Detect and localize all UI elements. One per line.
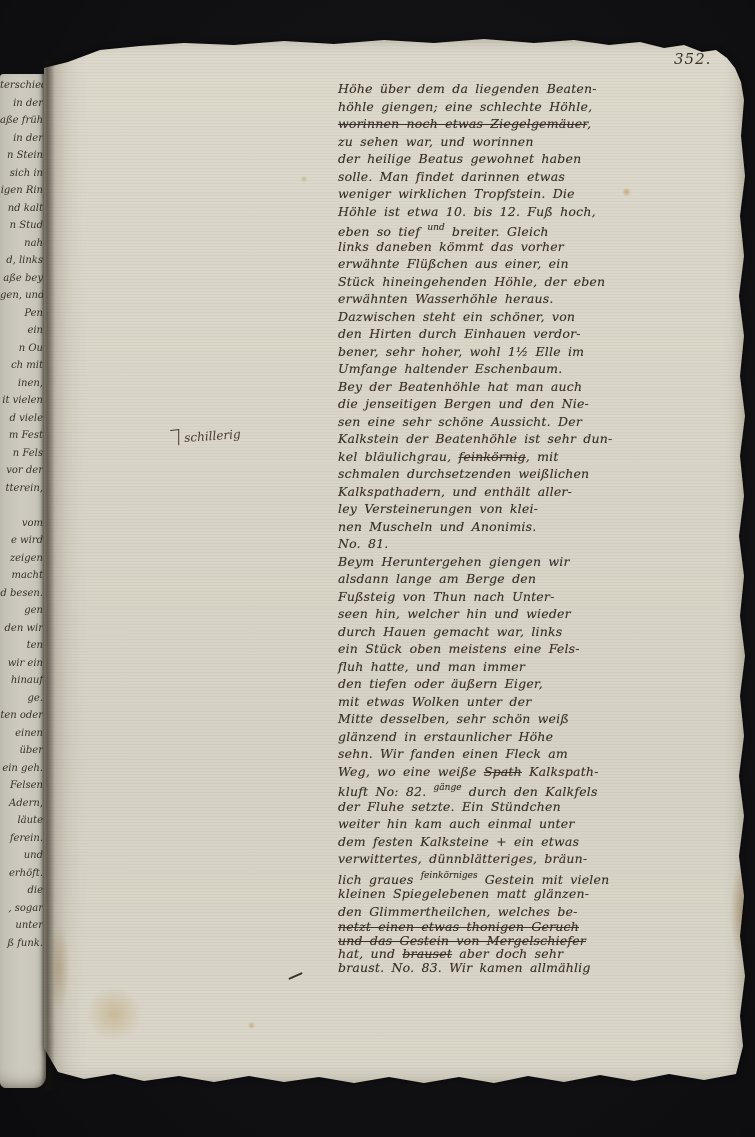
ink-flick bbox=[288, 972, 303, 980]
fragment-line: ten bbox=[0, 637, 43, 655]
fragment-line: in der bbox=[0, 130, 43, 148]
margin-note: schillerig bbox=[170, 418, 341, 446]
fragment-line: d besen. bbox=[0, 585, 43, 603]
manuscript-line: mit etwas Wolken unter der bbox=[338, 693, 746, 711]
manuscript-line: den Hirten durch Einhauen verdor- bbox=[338, 325, 746, 343]
fragment-line: ch mit bbox=[0, 357, 43, 375]
manuscript-line: lich graues feinkörniges Gestein mit vie… bbox=[338, 868, 746, 886]
manuscript-page-wrap: 352. Höhe über dem da liegenden Beaten-h… bbox=[44, 36, 748, 1092]
manuscript-line: Bey der Beatenhöhle hat man auch bbox=[338, 378, 746, 396]
manuscript-line: den Glimmertheilchen, welches be- bbox=[338, 903, 746, 921]
scan-background: { "palette": { "background": "#121214", … bbox=[0, 0, 755, 1137]
previous-page-edge: terschiedin deraße frühin dern Steinsich… bbox=[0, 74, 46, 1088]
manuscript-line: höhle giengen; eine schlechte Höhle, bbox=[338, 98, 746, 116]
fragment-line: den wir bbox=[0, 620, 43, 638]
manuscript-line: zu sehen war, und worinnen bbox=[338, 133, 746, 151]
manuscript-line: solle. Man findet darinnen etwas bbox=[338, 168, 746, 186]
manuscript-line: netzt einen etwas thonigen Geruch bbox=[338, 920, 746, 934]
previous-page-fragments: terschiedin deraße frühin dern Steinsich… bbox=[0, 74, 46, 1077]
fragment-line: n Stud bbox=[0, 217, 43, 235]
fragment-line: in der bbox=[0, 95, 43, 113]
manuscript-line: Kalkstein der Beatenhöhle ist sehr dun- bbox=[338, 430, 746, 448]
manuscript-line: hat, und brauset aber doch sehr bbox=[338, 947, 746, 961]
manuscript-line: kleinen Spiegelebenen matt glänzen- bbox=[338, 885, 746, 903]
manuscript-line: Fußsteig von Thun nach Unter- bbox=[338, 588, 746, 606]
fragment-line: inen, bbox=[0, 375, 43, 393]
manuscript-line: links daneben kömmt das vorher bbox=[338, 238, 746, 256]
manuscript-line: eben so tief und breiter. Gleich bbox=[338, 220, 746, 238]
manuscript-line: fluh hatte, und man immer bbox=[338, 658, 746, 676]
manuscript-line: die jenseitigen Bergen und den Nie- bbox=[338, 395, 746, 413]
fragment-line: nd kalt bbox=[0, 200, 43, 218]
manuscript-line: erwähnte Flüßchen aus einer, ein bbox=[338, 255, 746, 273]
fragment-line: unter bbox=[0, 917, 43, 935]
manuscript-line: worinnen noch etwas Ziegelgemäuer, bbox=[338, 115, 746, 133]
manuscript-line: Mitte desselben, sehr schön weiß bbox=[338, 710, 746, 728]
fragment-line: igen Rin bbox=[0, 182, 43, 200]
manuscript-line: sen eine sehr schöne Aussicht. Der bbox=[338, 413, 746, 431]
fragment-line: ge. bbox=[0, 690, 43, 708]
text-block: Höhe über dem da liegenden Beaten-höhle … bbox=[338, 80, 746, 974]
manuscript-line: durch Hauen gemacht war, links bbox=[338, 623, 746, 641]
fragment-line: d viele bbox=[0, 410, 43, 428]
fragment-line: einen bbox=[0, 725, 43, 743]
fragment-line: aße bey bbox=[0, 270, 43, 288]
fragment-line: ten oder bbox=[0, 707, 43, 725]
manuscript-line: erwähnten Wasserhöhle heraus. bbox=[338, 290, 746, 308]
fragment-line: zeigen bbox=[0, 550, 43, 568]
manuscript-line: Stück hineingehenden Höhle, der eben bbox=[338, 273, 746, 291]
stain bbox=[247, 1022, 256, 1029]
manuscript-line: Kalkspathadern, und enthält aller- bbox=[338, 483, 746, 501]
manuscript-line: glänzend in erstaunlicher Höhe bbox=[338, 728, 746, 746]
manuscript-line: den tiefen oder äußern Eiger, bbox=[338, 675, 746, 693]
fragment-line: ein geh. bbox=[0, 760, 43, 778]
fragment-line: tterein, bbox=[0, 480, 43, 498]
fragment-line: gen, und bbox=[0, 287, 43, 305]
fragment-line bbox=[0, 497, 43, 515]
manuscript-line: verwittertes, dünnblätteriges, bräun- bbox=[338, 850, 746, 868]
fragment-line: n Stein bbox=[0, 147, 43, 165]
fragment-line: Pen bbox=[0, 305, 43, 323]
manuscript-line: sehn. Wir fanden einen Fleck am bbox=[338, 745, 746, 763]
manuscript-line: Dazwischen steht ein schöner, von bbox=[338, 308, 746, 326]
manuscript-line: Umfange haltender Eschenbaum. bbox=[338, 360, 746, 378]
insertion-mark-icon bbox=[170, 429, 179, 446]
manuscript-line: braust. No. 83. Wir kamen allmählig bbox=[338, 961, 746, 975]
fragment-line: d, links bbox=[0, 252, 43, 270]
stain bbox=[300, 176, 308, 182]
page-number: 352. bbox=[674, 50, 754, 68]
manuscript-line: dem festen Kalksteine + ein etwas bbox=[338, 833, 746, 851]
manuscript-line: seen hin, welcher hin und wieder bbox=[338, 605, 746, 623]
manuscript-line: ein Stück oben meistens eine Fels- bbox=[338, 640, 746, 658]
fragment-line: , sogar bbox=[0, 900, 43, 918]
manuscript-line: der Fluhe setzte. Ein Stündchen bbox=[338, 798, 746, 816]
fragment-line: gen bbox=[0, 602, 43, 620]
fragment-line: hinauf bbox=[0, 672, 43, 690]
fragment-line: e wird bbox=[0, 532, 43, 550]
fragment-line: vom bbox=[0, 515, 43, 533]
fragment-line: läute bbox=[0, 812, 43, 830]
manuscript-line: der heilige Beatus gewohnet haben bbox=[338, 150, 746, 168]
manuscript-line: Höhle ist etwa 10. bis 12. Fuß hoch, bbox=[338, 203, 746, 221]
fragment-line: macht bbox=[0, 567, 43, 585]
margin-note-text: schillerig bbox=[184, 427, 241, 445]
fragment-line: aße früh bbox=[0, 112, 43, 130]
stain bbox=[48, 924, 70, 1010]
fragment-line: Felsen bbox=[0, 777, 43, 795]
fragment-line: terschied bbox=[0, 77, 43, 95]
manuscript-line: ley Versteinerungen von klei- bbox=[338, 500, 746, 518]
fragment-line: wir ein bbox=[0, 655, 43, 673]
fragment-line: vor der bbox=[0, 462, 43, 480]
manuscript-line: bener, sehr hoher, wohl 1½ Elle im bbox=[338, 343, 746, 361]
stain bbox=[84, 988, 144, 1040]
fragment-line: ein bbox=[0, 322, 43, 340]
manuscript-line: schmalen durchsetzenden weißlichen bbox=[338, 465, 746, 483]
fragment-line: und bbox=[0, 847, 43, 865]
fragment-line: n Ou bbox=[0, 340, 43, 358]
manuscript-line: weiter hin kam auch einmal unter bbox=[338, 815, 746, 833]
manuscript-line: kel bläulichgrau, feinkörnig, mit bbox=[338, 448, 746, 466]
manuscript-line: No. 81. bbox=[338, 535, 746, 553]
manuscript-line: kluft No: 82. gänge durch den Kalkfels bbox=[338, 780, 746, 798]
fragment-line: nah bbox=[0, 235, 43, 253]
manuscript-line: und das Gestein von Mergelschiefer bbox=[338, 934, 746, 948]
manuscript-line: alsdann lange am Berge den bbox=[338, 570, 746, 588]
fragment-line: ferein. bbox=[0, 830, 43, 848]
fragment-line: n Fels bbox=[0, 445, 43, 463]
fragment-line: Adern, bbox=[0, 795, 43, 813]
fragment-line: it vielen bbox=[0, 392, 43, 410]
fragment-line: m Fest bbox=[0, 427, 43, 445]
manuscript-page: 352. Höhe über dem da liegenden Beaten-h… bbox=[44, 36, 746, 1090]
manuscript-line: weniger wirklichen Tropfstein. Die bbox=[338, 185, 746, 203]
manuscript-line: Höhe über dem da liegenden Beaten- bbox=[338, 80, 746, 98]
fragment-line: erhöft. bbox=[0, 865, 43, 883]
manuscript-line: Beym Heruntergehen giengen wir bbox=[338, 553, 746, 571]
manuscript-line: nen Muscheln und Anonimis. bbox=[338, 518, 746, 536]
fragment-line: sich in bbox=[0, 165, 43, 183]
fragment-line: ß funk. bbox=[0, 935, 43, 953]
fragment-line: die bbox=[0, 882, 43, 900]
manuscript-line: Weg, wo eine weiße Spath Kalkspath- bbox=[338, 763, 746, 781]
fragment-line: über bbox=[0, 742, 43, 760]
